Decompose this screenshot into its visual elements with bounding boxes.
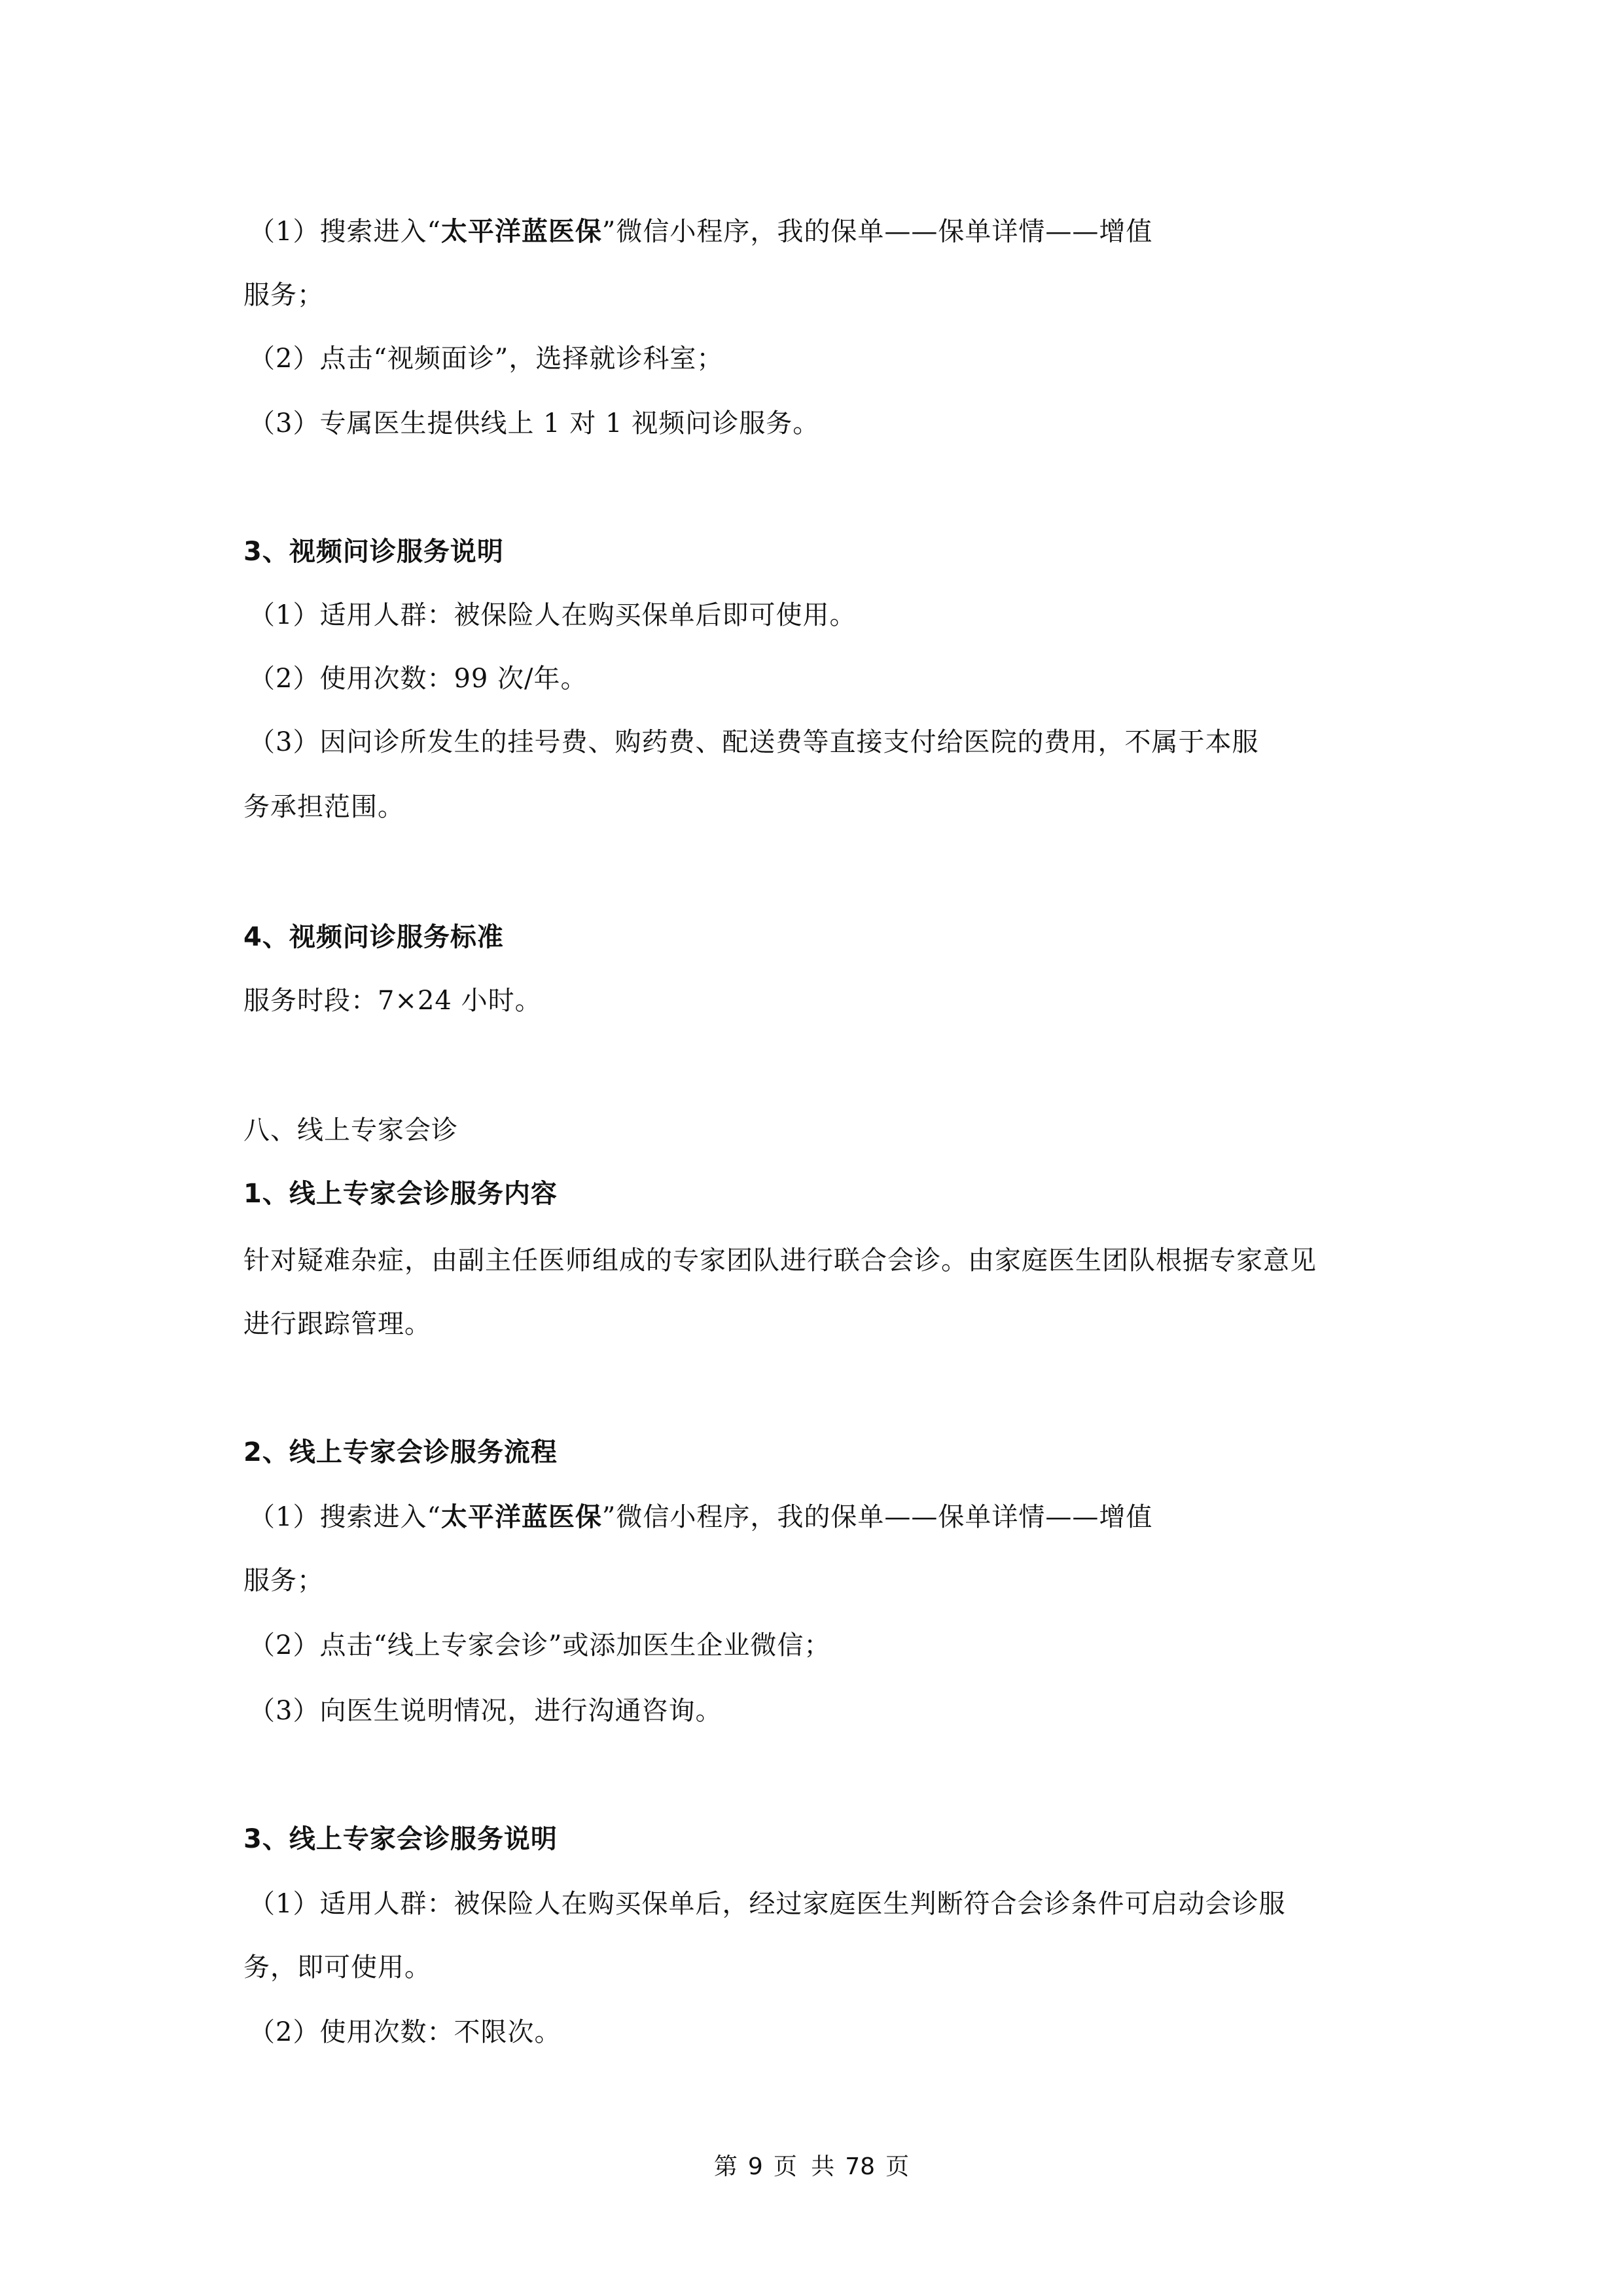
video-desc-2: （2）使用次数：99 次/年。 [249, 662, 588, 696]
heading-expert-process: 2、线上专家会诊服务流程 [243, 1435, 558, 1469]
video-step-1-suffix: ”微信小程序，我的保单——保单详情——增值 [602, 217, 1152, 247]
expert-desc-1-continuation: 务，即可使用。 [243, 1950, 431, 1984]
video-service-hours: 服务时段：7×24 小时。 [243, 984, 542, 1018]
expert-step-3: （3）向医生说明情况，进行沟通咨询。 [249, 1694, 722, 1728]
document-page: （1）搜索进入“太平洋蓝医保”微信小程序，我的保单——保单详情——增值 服务； … [0, 0, 1623, 2296]
video-desc-3-continuation: 务承担范围。 [243, 790, 404, 824]
video-step-1-continuation: 服务； [243, 278, 324, 312]
heading-expert-description: 3、线上专家会诊服务说明 [243, 1822, 558, 1856]
page-suffix: 页 [885, 2153, 909, 2180]
expert-content-line-1: 针对疑难杂症，由副主任医师组成的专家团队进行联合会诊。由家庭医生团队根据专家意见 [243, 1244, 1317, 1278]
video-step-2: （2）点击“视频面诊”，选择就诊科室； [249, 342, 723, 376]
heading-video-standard: 4、视频问诊服务标准 [243, 920, 504, 954]
expert-desc-1: （1）适用人群：被保险人在购买保单后，经过家庭医生判断符合会诊条件可启动会诊服 [249, 1887, 1285, 1921]
page-footer: 第9页 共78页 [0, 2148, 1623, 2181]
chapter-title-expert-consultation: 八、线上专家会诊 [243, 1113, 458, 1147]
page-mid: 页 共 [774, 2153, 834, 2180]
video-step-3: （3）专属医生提供线上 1 对 1 视频问诊服务。 [249, 406, 819, 440]
expert-step-1-suffix: ”微信小程序，我的保单——保单详情——增值 [602, 1502, 1152, 1532]
video-desc-3: （3）因问诊所发生的挂号费、购药费、配送费等直接支付给医院的费用，不属于本服 [249, 725, 1258, 759]
brand-name: 太平洋蓝医保 [441, 1502, 602, 1532]
expert-step-1: （1）搜索进入“太平洋蓝医保”微信小程序，我的保单——保单详情——增值 [249, 1500, 1152, 1534]
total-pages-number: 78 [845, 2153, 875, 2180]
current-page-number: 9 [748, 2153, 763, 2180]
heading-expert-content: 1、线上专家会诊服务内容 [243, 1177, 558, 1211]
brand-name: 太平洋蓝医保 [441, 217, 602, 247]
expert-desc-2: （2）使用次数：不限次。 [249, 2015, 561, 2049]
video-desc-1: （1）适用人群：被保险人在购买保单后即可使用。 [249, 598, 856, 632]
expert-content-line-2: 进行跟踪管理。 [243, 1307, 431, 1341]
video-step-1-prefix: （1）搜索进入“ [249, 217, 441, 247]
expert-step-1-continuation: 服务； [243, 1564, 324, 1598]
heading-video-description: 3、视频问诊服务说明 [243, 535, 504, 569]
video-step-1: （1）搜索进入“太平洋蓝医保”微信小程序，我的保单——保单详情——增值 [249, 215, 1152, 249]
expert-step-1-prefix: （1）搜索进入“ [249, 1502, 441, 1532]
page-prefix: 第 [714, 2153, 738, 2180]
expert-step-2: （2）点击“线上专家会诊”或添加医生企业微信； [249, 1628, 830, 1662]
